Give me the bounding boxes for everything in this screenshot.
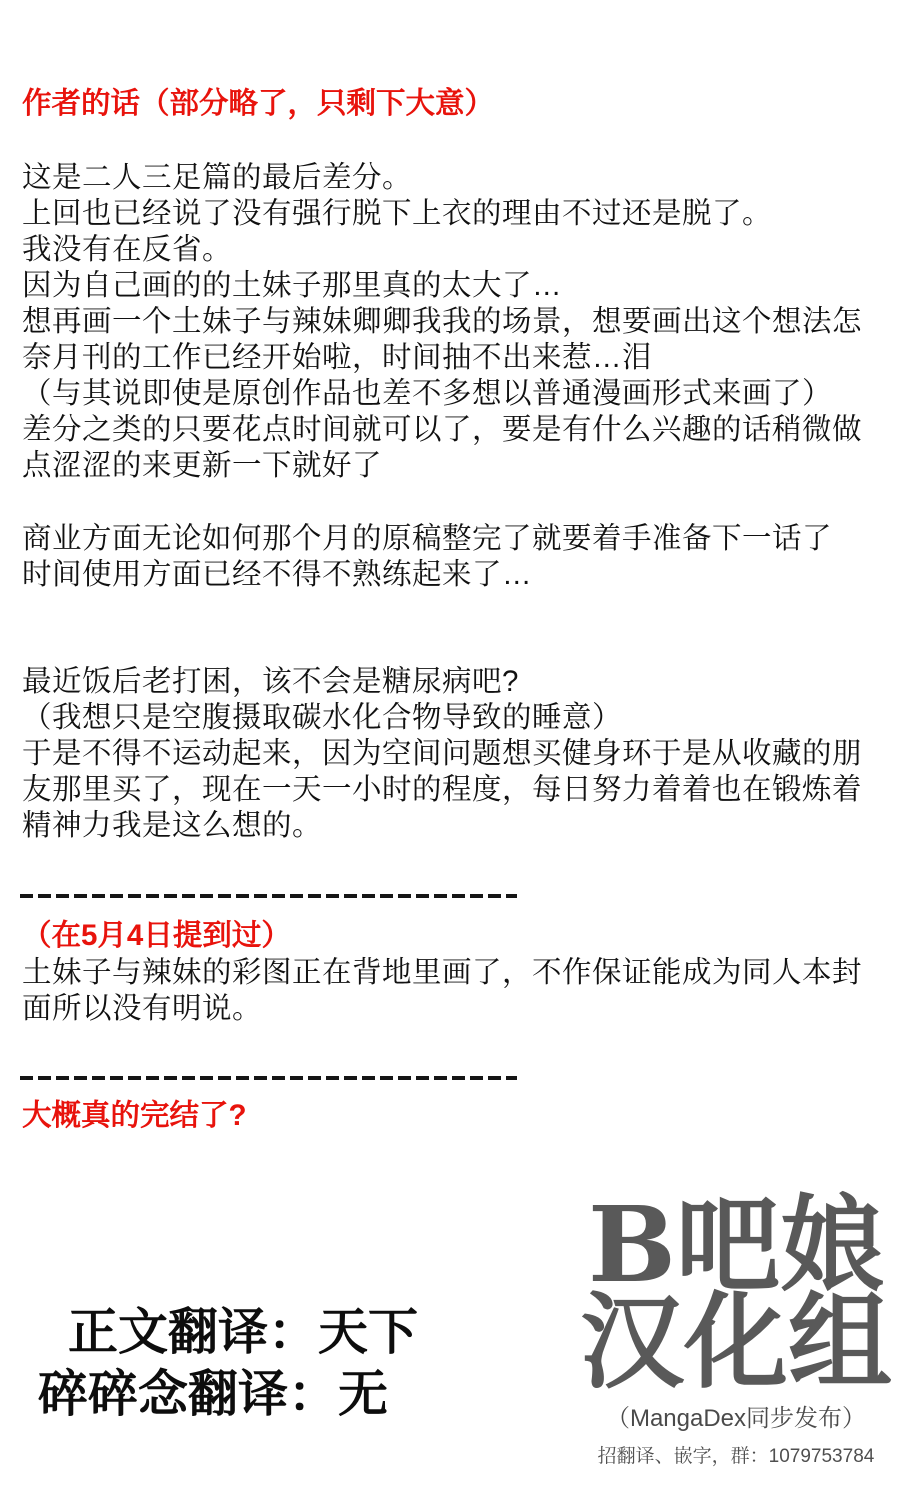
author-note-paragraph-1: 这是二人三足篇的最后差分。 上回也已经说了没有强行脱下上衣的理由不过还是脱了。 … [22, 160, 888, 484]
dated-note: （在5月4日提到过） [22, 918, 291, 954]
credit-commentary-translation: 碎碎念翻译：无 [38, 1364, 388, 1424]
group-logo-line-2: 汉化组 [575, 1293, 897, 1390]
closing-note: 大概真的完结了? [22, 1098, 247, 1134]
author-note-paragraph-4: 土妹子与辣妹的彩图正在背地里画了，不作保证能成为同人本封 面所以没有明说。 [22, 955, 888, 1027]
dashed-divider-2 [20, 1076, 517, 1080]
mangadex-release-note: （MangaDex同步发布） [575, 1404, 897, 1434]
scanlation-group-block: B吧娘 汉化组 （MangaDex同步发布） 招翻译、嵌字，群：10797537… [575, 1196, 897, 1469]
group-logo-line-1: B吧娘 [575, 1196, 897, 1293]
author-note-paragraph-3: 最近饭后老打困，该不会是糖尿病吧? （我想只是空腹摄取碳水化合物导致的睡意） 于… [22, 664, 888, 844]
dashed-divider-1 [20, 894, 517, 898]
credit-main-translation: 正文翻译：天下 [68, 1302, 418, 1362]
author-note-paragraph-2: 商业方面无论如何那个月的原稿整完了就要着手准备下一话了 时间使用方面已经不得不熟… [22, 521, 888, 593]
author-note-heading: 作者的话（部分略了，只剩下大意） [22, 86, 494, 122]
translator-note-page: 作者的话（部分略了，只剩下大意） 这是二人三足篇的最后差分。 上回也已经说了没有… [0, 0, 900, 1500]
recruit-contact-line: 招翻译、嵌字，群：1079753784 [575, 1445, 897, 1469]
